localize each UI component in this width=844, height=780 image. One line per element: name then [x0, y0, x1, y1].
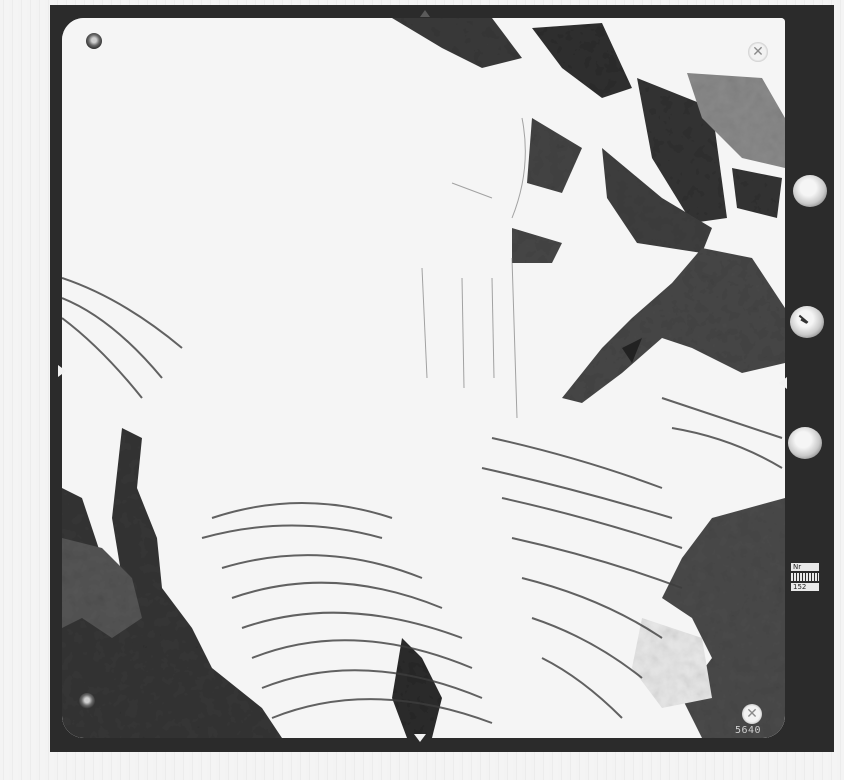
- level-bubble-icon: [793, 175, 827, 207]
- aerial-photo: [62, 18, 785, 738]
- side-notch-bottom: [414, 734, 426, 742]
- frame-data-label: Nr 152: [791, 563, 819, 593]
- fiducial-mark-bottom-left: [79, 693, 95, 709]
- label-barcode: [791, 573, 819, 581]
- fiducial-mark-top-right-icon: ✕: [748, 42, 768, 62]
- altimeter-icon: [788, 427, 822, 459]
- fiducial-mark-top-left: [86, 33, 102, 49]
- side-notch-top: [420, 10, 430, 17]
- side-notch-left: [58, 365, 66, 377]
- frame-number: 5640: [735, 725, 761, 736]
- label-nr: Nr: [791, 563, 819, 571]
- clock-icon: [790, 306, 824, 338]
- label-number: 152: [791, 583, 819, 591]
- side-notch-right: [779, 377, 787, 389]
- glacier-terrain: [62, 18, 785, 738]
- fiducial-mark-bottom-right-icon: ✕: [742, 704, 762, 724]
